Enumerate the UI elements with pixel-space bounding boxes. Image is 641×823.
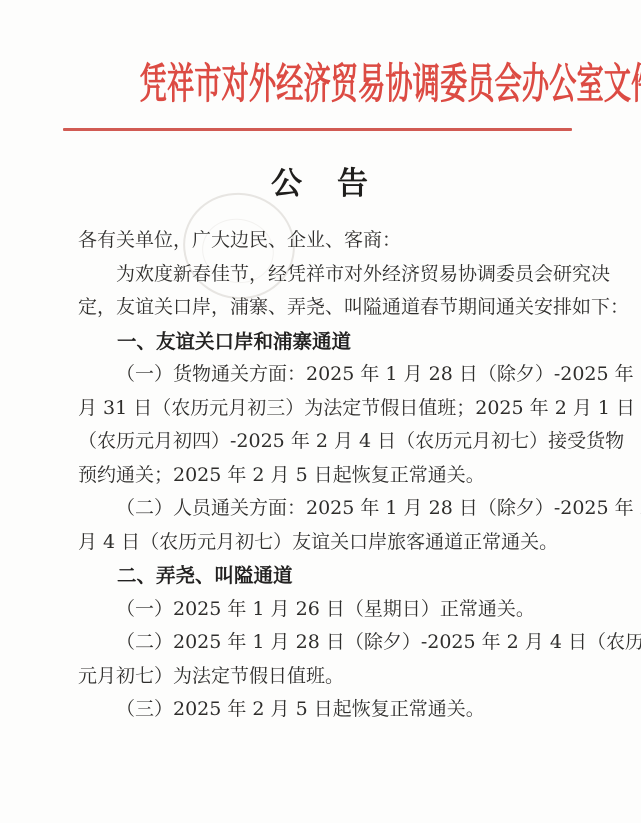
body-line: （二）人员通关方面：2025 年 1 月 28 日（除夕）-2025 年 2: [78, 492, 578, 526]
body-line: 月 4 日（农历元月初七）友谊关口岸旅客通道正常通关。: [78, 526, 578, 560]
body-line: （农历元月初四）-2025 年 2 月 4 日（农历元月初七）接受货物: [78, 425, 578, 459]
body-line: 元月初七）为法定节假日值班。: [78, 660, 578, 694]
body-line: （三）2025 年 2 月 5 日起恢复正常通关。: [78, 693, 578, 727]
body-line: （二）2025 年 1 月 28 日（除夕）-2025 年 2 月 4 日（农历: [78, 626, 578, 660]
body-line: （一）2025 年 1 月 26 日（星期日）正常通关。: [78, 593, 578, 627]
body-line: （一）货物通关方面：2025 年 1 月 28 日（除夕）-2025 年 1: [78, 358, 578, 392]
red-divider-rule: [63, 128, 572, 131]
body-line: 定，友谊关口岸，浦寨、弄尧、叫隘通道春节期间通关安排如下：: [78, 291, 578, 325]
document-body: 各有关单位，广大边民、企业、客商：为欢度新春佳节，经凭祥市对外经济贸易协调委员会…: [78, 224, 578, 727]
body-line: 预约通关；2025 年 2 月 5 日起恢复正常通关。: [78, 459, 578, 493]
section-heading: 二、弄尧、叫隘通道: [78, 559, 578, 593]
document-page: 凭祥市对外经济贸易协调委员会办公室文件 公 告 各有关单位，广大边民、企业、客商…: [0, 0, 641, 823]
agency-header-text: 凭祥市对外经济贸易协调委员会办公室文件: [140, 60, 641, 108]
agency-header-banner: 凭祥市对外经济贸易协调委员会办公室文件: [0, 60, 641, 108]
body-line: 为欢度新春佳节，经凭祥市对外经济贸易协调委员会研究决: [78, 258, 578, 292]
section-heading: 一、友谊关口岸和浦寨通道: [78, 325, 578, 359]
body-line: 月 31 日（农历元月初三）为法定节假日值班；2025 年 2 月 1 日: [78, 392, 578, 426]
body-line: 各有关单位，广大边民、企业、客商：: [78, 224, 578, 258]
document-title: 公 告: [0, 158, 641, 203]
